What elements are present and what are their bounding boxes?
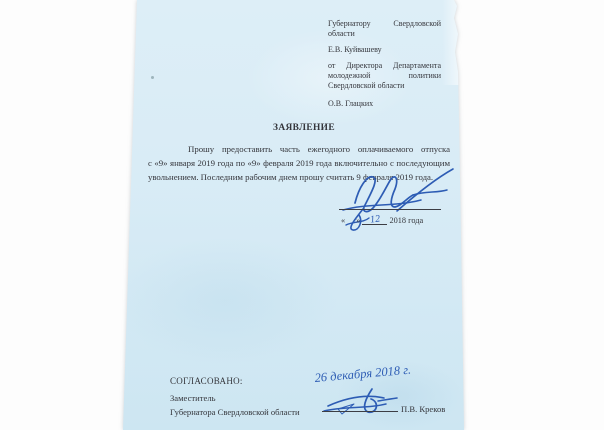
approver-name: П.В. Креков [401,404,445,414]
addressee-block: Губернатору Свердловской области Е.В. Ку… [328,19,441,109]
approver-position-line: Губернатора Свердловской области [170,407,300,417]
paper-speck [151,76,154,79]
handwritten-month: 12 [369,213,380,225]
approver-position-line: Заместитель [170,393,216,403]
approver-signature-line [322,411,398,412]
addressee-from-line: от Директора Департамента [328,61,441,71]
year-label: 2018 года [389,216,423,225]
document-title: ЗАЯВЛЕНИЕ [148,123,460,133]
torn-corner-fade [442,0,464,85]
month-slot: 12 [362,213,387,225]
addressee-from-name: О.В. Глацких [328,99,441,109]
addressee-from-line: Свердловской области [328,81,441,91]
addressee-from-line: молодежной политики [328,71,441,81]
open-quote: « [341,216,345,225]
body-line: увольнением. Последним рабочим днем прош… [148,170,450,184]
close-quote: » [356,216,360,225]
body-paragraph: Прошу предоставить часть ежегодного опла… [148,142,450,184]
addressee-to-line: области [328,29,441,39]
addressee-to-line: Губернатору Свердловской [328,19,441,29]
body-line: с «9» января 2019 года по «9» февраля 20… [148,156,450,170]
approval-label: СОГЛАСОВАНО: [170,376,243,386]
signature-date-row: «» 12 2018 года [341,213,423,225]
approval-block: СОГЛАСОВАНО: Заместитель Губернатора Све… [170,376,243,386]
body-line: Прошу предоставить часть ежегодного опла… [148,142,450,156]
signature-line [339,209,441,210]
addressee-to-name: Е.В. Куйвашеву [328,45,441,55]
scanned-document-view: Губернатору Свердловской области Е.В. Ку… [0,0,604,430]
